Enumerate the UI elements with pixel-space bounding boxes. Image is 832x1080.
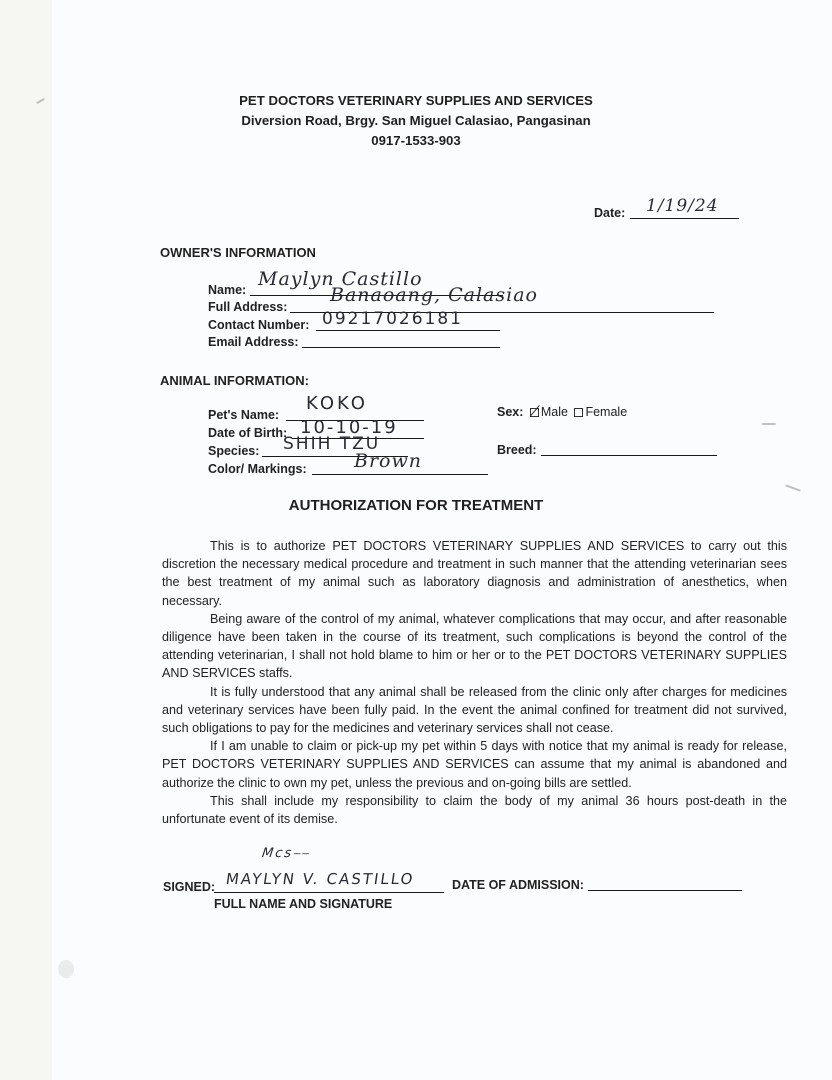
- species-label: Species:: [208, 444, 259, 458]
- sex-label: Sex:: [497, 405, 523, 419]
- business-phone: 0917-1533-903: [0, 133, 832, 148]
- owner-email-label: Email Address:: [208, 335, 299, 349]
- business-name: PET DOCTORS VETERINARY SUPPLIES AND SERV…: [0, 93, 832, 108]
- owner-address-value[interactable]: Banaoang, Calasiao: [330, 284, 538, 306]
- owner-contact-value[interactable]: 09217026181: [322, 309, 463, 329]
- pet-name-value[interactable]: KOKO: [306, 393, 368, 414]
- owner-contact-label: Contact Number:: [208, 318, 309, 332]
- authorization-paragraph: This shall include my responsibility to …: [162, 792, 787, 828]
- breed-label: Breed:: [497, 443, 537, 457]
- male-checkbox[interactable]: [530, 408, 539, 417]
- dob-label: Date of Birth:: [208, 426, 287, 440]
- owner-section-title: OWNER'S INFORMATION: [160, 245, 316, 260]
- signed-label: SIGNED:: [163, 880, 215, 894]
- authorization-paragraph: If I am unable to claim or pick-up my pe…: [162, 737, 787, 792]
- female-option-label: Female: [585, 405, 627, 419]
- date-line: [630, 218, 739, 219]
- animal-section-title: ANIMAL INFORMATION:: [160, 373, 309, 388]
- date-value[interactable]: 1/19/24: [646, 196, 719, 216]
- admission-date-label: DATE OF ADMISSION:: [452, 878, 584, 892]
- signature-flourish: Mcs⎯⎯: [261, 846, 311, 861]
- admission-date-line: [588, 890, 742, 891]
- owner-contact-line: [316, 330, 500, 331]
- authorization-paragraph: Being aware of the control of my animal,…: [162, 610, 787, 683]
- authorization-paragraph: This is to authorize PET DOCTORS VETERIN…: [162, 537, 787, 610]
- color-line: [312, 474, 488, 475]
- authorization-body: This is to authorize PET DOCTORS VETERIN…: [162, 537, 787, 828]
- sex-field: Sex: Male Female: [497, 405, 627, 419]
- business-address: Diversion Road, Brgy. San Miguel Calasia…: [0, 113, 832, 128]
- signature-value[interactable]: MAYLYN V. CASTILLO: [225, 870, 416, 888]
- scan-margin: [0, 0, 52, 1080]
- color-label: Color/ Markings:: [208, 462, 307, 476]
- date-label: Date:: [594, 206, 625, 220]
- scan-blot: [58, 960, 74, 978]
- signature-caption: FULL NAME AND SIGNATURE: [214, 897, 392, 911]
- authorization-title: AUTHORIZATION FOR TREATMENT: [0, 497, 832, 514]
- owner-name-label: Name:: [208, 283, 246, 297]
- signature-line: [214, 892, 444, 893]
- female-checkbox[interactable]: [574, 408, 583, 417]
- authorization-paragraph: It is fully understood that any animal s…: [162, 683, 787, 738]
- breed-line: [541, 455, 717, 456]
- color-value[interactable]: Brown: [354, 450, 422, 472]
- owner-email-line: [302, 347, 500, 348]
- pet-name-label: Pet's Name:: [208, 408, 279, 422]
- male-option-label: Male: [541, 405, 568, 419]
- scan-speck: [762, 423, 776, 425]
- owner-address-label: Full Address:: [208, 300, 287, 314]
